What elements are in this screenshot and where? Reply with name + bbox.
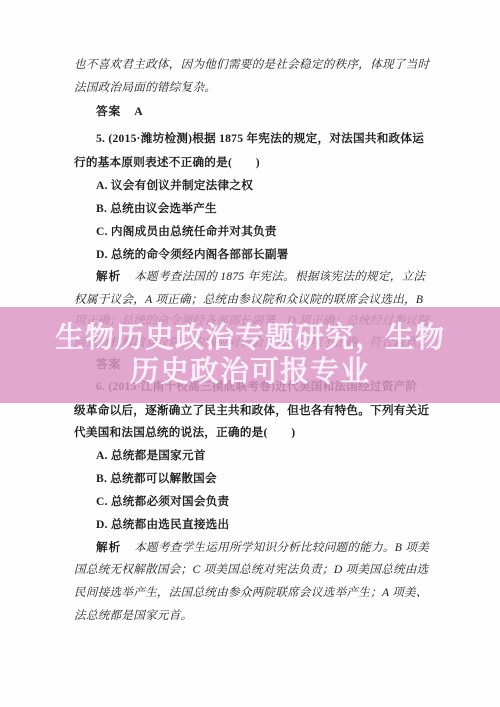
analysis4-continuation-line: 法国政治局面的错综复杂。: [74, 80, 216, 95]
analysis5-line: 解析本题考查法国的 1875 年宪法。根据该宪法的规定，立法: [96, 269, 425, 284]
analysis6-continuation-line: 民间接选举产生，法国总统由参众两院联席会议选举产生；A 项美、: [74, 585, 428, 600]
question6-option-b: B. 总统都可以解散国会: [96, 471, 217, 486]
analysis6-continuation-line: 法总统都是国家元首。: [74, 608, 192, 623]
answer-value: A: [134, 105, 143, 118]
analysis-text: 本题考查学生运用所学知识分析比较问题的能力。B 项美: [134, 541, 429, 554]
analysis-label: 解析: [96, 541, 121, 554]
question5-option-a: A. 议会有创议并制定法律之权: [96, 178, 253, 193]
analysis-label: 解析: [96, 270, 121, 283]
analysis4-continuation-line: 也不喜欢君主政体，因为他们需要的是社会稳定的秩序，体现了当时: [74, 57, 429, 72]
answer4-line: 答案A: [96, 104, 143, 119]
document-page: 也不喜欢君主政体，因为他们需要的是社会稳定的秩序，体现了当时 法国政治局面的错综…: [0, 0, 500, 707]
question5-line: 5. (2015·潍坊检测)根据 1875 年宪法的规定，对法国共和政体运: [96, 131, 424, 146]
question5-option-c: C. 内阁成员由总统任命并对其负责: [96, 224, 277, 239]
question6-option-a: A. 总统都是国家元首: [96, 448, 206, 463]
question6-continuation-line: 级革命以后，逐渐确立了民主共和政体，但也各有特色。下列有关近: [74, 403, 429, 418]
question6-option-d: D. 总统都由选民直接选出: [96, 517, 229, 532]
watermark-line-1: 生物历史政治专题研究，生物: [55, 321, 445, 355]
analysis6-line: 解析本题考查学生运用所学知识分析比较问题的能力。B 项美: [96, 540, 429, 555]
question6-continuation-line: 代美国和法国总统的说法，正确的是( ): [74, 425, 295, 440]
analysis5-continuation-line: 权属于议会，A 项正确；总统由参议院和众议院的联席会议选出，B: [74, 292, 423, 307]
analysis6-continuation-line: 国总统无权解散国会；C 项美国总统对宪法负责；D 项美国总统由选: [74, 562, 429, 577]
question5-continuation-line: 行的基本原则表述不正确的是( ): [74, 155, 260, 170]
question6-option-c: C. 总统都必须对国会负责: [96, 494, 229, 509]
question5-option-d: D. 总统的命令须经内阁各部部长副署: [96, 247, 289, 262]
answer-label: 答案: [96, 105, 121, 118]
question5-option-b: B. 总统由议会选举产生: [96, 201, 217, 216]
watermark-overlay: 生物历史政治专题研究，生物 历史政治可报专业: [0, 307, 500, 403]
watermark-line-2: 历史政治可报专业: [130, 355, 370, 389]
analysis-text: 本题考查法国的 1875 年宪法。根据该宪法的规定，立法: [134, 270, 425, 283]
